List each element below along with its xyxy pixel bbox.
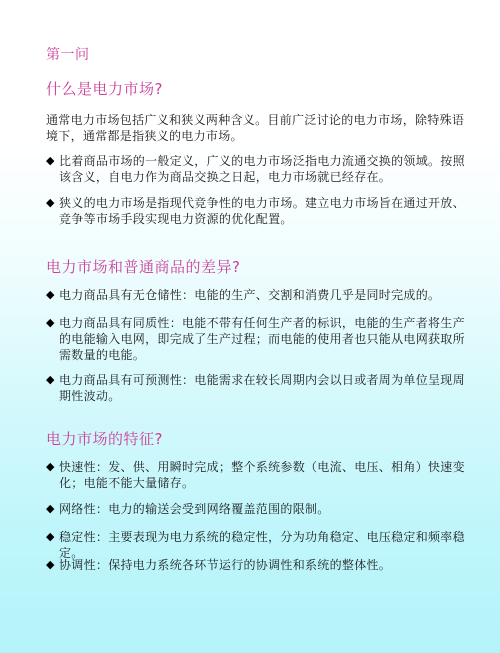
diamond-bullet-icon: ◆ bbox=[46, 557, 55, 573]
bullet-item: ◆ 电力商品具有可预测性：电能需求在较长周期内会以日或者周为单位呈现周期性波动。 bbox=[46, 372, 468, 404]
bullet-text: 狭义的电力市场是指现代竞争性的电力市场。建立电力市场旨在通过开放、竞争等市场手段… bbox=[59, 196, 465, 226]
diamond-bullet-icon: ◆ bbox=[46, 195, 55, 211]
bullet-text: 网络性：电力的输送会受到网络覆盖范围的限制。 bbox=[59, 502, 330, 516]
bullet-text: 稳定性：主要表现为电力系统的稳定性，分为功角稳定、电压稳定和频率稳定。 bbox=[59, 530, 465, 560]
bullet-text: 电力商品具有同质性：电能不带有任何生产者的标识，电能的生产者将生产的电能输入电网… bbox=[59, 316, 465, 362]
diamond-bullet-icon: ◆ bbox=[46, 459, 55, 475]
bullet-item: ◆ 协调性：保持电力系统各环节运行的协调性和系统的整体性。 bbox=[46, 557, 468, 573]
bullet-item: ◆ 快速性：发、供、用瞬时完成；整个系统参数（电流、电压、相角）快速变化；电能不… bbox=[46, 459, 468, 491]
bullet-item: ◆ 比着商品市场的一般定义，广义的电力市场泛指电力流通交换的领域。按照该含义，自… bbox=[46, 153, 468, 185]
section-intro-paragraph: 通常电力市场包括广义和狭义两种含义。目前广泛讨论的电力市场，除特殊语境下，通常都… bbox=[46, 112, 466, 144]
bullet-item: ◆ 狭义的电力市场是指现代竞争性的电力市场。建立电力市场旨在通过开放、竞争等市场… bbox=[46, 195, 468, 227]
bullet-item: ◆ 电力商品具有同质性：电能不带有任何生产者的标识，电能的生产者将生产的电能输入… bbox=[46, 315, 468, 363]
diamond-bullet-icon: ◆ bbox=[46, 287, 55, 303]
question-label: 第一问 bbox=[46, 44, 90, 64]
diamond-bullet-icon: ◆ bbox=[46, 372, 55, 388]
diamond-bullet-icon: ◆ bbox=[46, 153, 55, 169]
bullet-item: ◆ 网络性：电力的输送会受到网络覆盖范围的限制。 bbox=[46, 501, 468, 517]
bullet-text: 电力商品具有无仓储性：电能的生产、交割和消费几乎是同时完成的。 bbox=[59, 288, 440, 302]
section-title-characteristics: 电力市场的特征? bbox=[46, 428, 163, 449]
section-title-what-is-power-market: 什么是电力市场? bbox=[46, 78, 163, 99]
bullet-text: 协调性：保持电力系统各环节运行的协调性和系统的整体性。 bbox=[59, 558, 391, 572]
bullet-text: 电力商品具有可预测性：电能需求在较长周期内会以日或者周为单位呈现周期性波动。 bbox=[59, 373, 465, 403]
bullet-item: ◆ 电力商品具有无仓储性：电能的生产、交割和消费几乎是同时完成的。 bbox=[46, 287, 468, 303]
bullet-text: 快速性：发、供、用瞬时完成；整个系统参数（电流、电压、相角）快速变化；电能不能大… bbox=[59, 460, 465, 490]
diamond-bullet-icon: ◆ bbox=[46, 529, 55, 545]
diamond-bullet-icon: ◆ bbox=[46, 315, 55, 331]
diamond-bullet-icon: ◆ bbox=[46, 501, 55, 517]
section-title-differences: 电力市场和普通商品的差异? bbox=[46, 256, 240, 277]
bullet-text: 比着商品市场的一般定义，广义的电力市场泛指电力流通交换的领域。按照该含义，自电力… bbox=[59, 154, 465, 184]
